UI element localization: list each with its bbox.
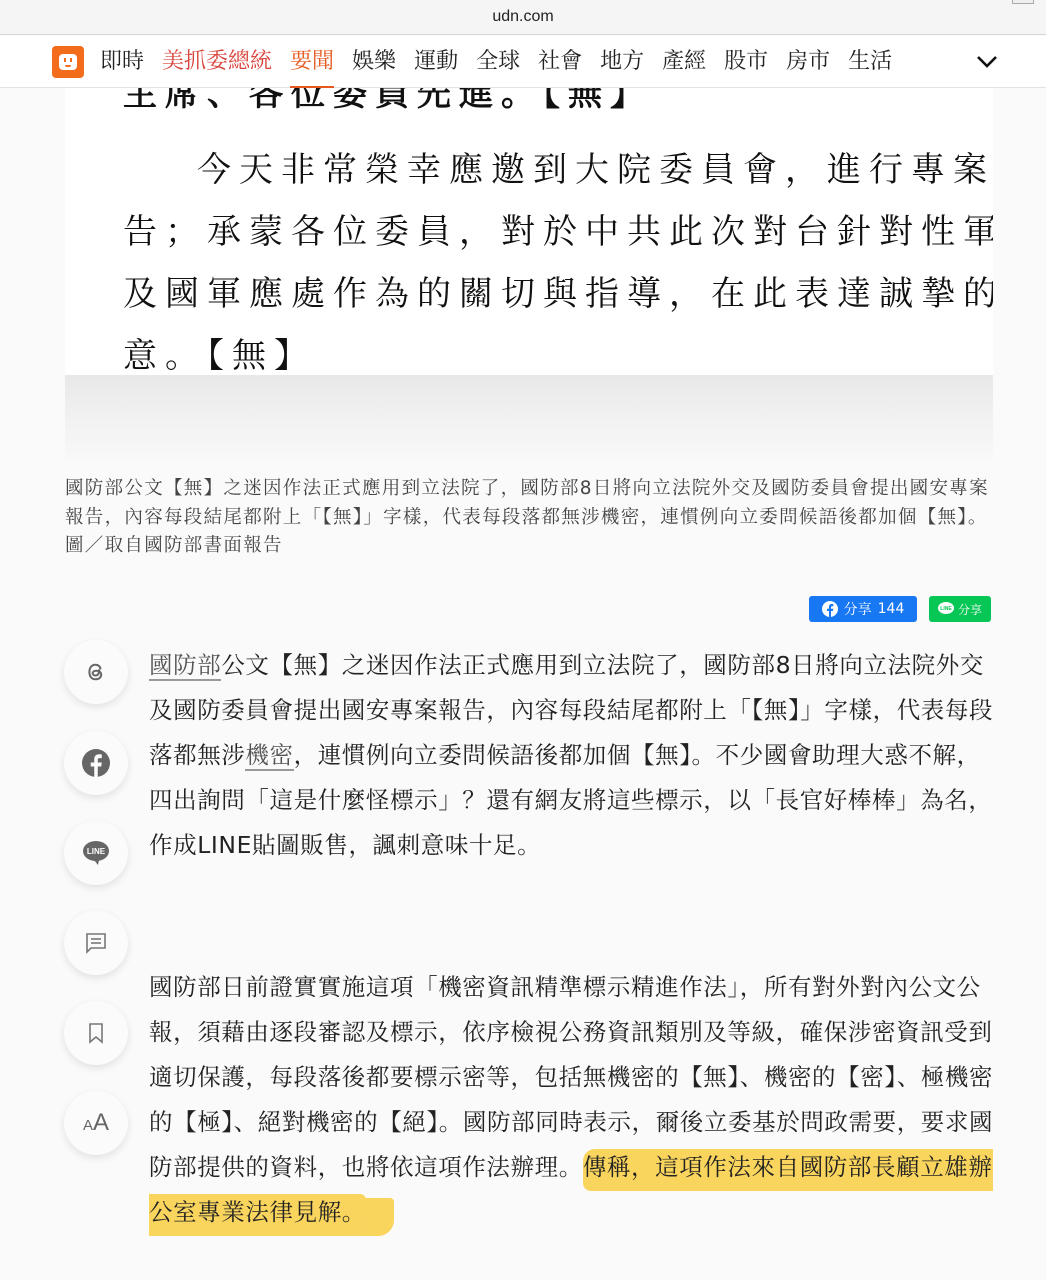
nav-items: 即時 美抓委總統 要聞 娛樂 運動 全球 社會 地方 產經 股市 房市 生活 [100, 36, 910, 88]
udn-logo-icon[interactable] [52, 46, 84, 78]
facebook-share-count: 144 [878, 601, 905, 617]
url-text: udn.com [492, 8, 553, 26]
nav-item-life[interactable]: 生活 [848, 36, 892, 88]
chevron-down-icon[interactable] [973, 48, 1001, 76]
line-side-button[interactable]: LINE [64, 821, 128, 885]
comment-button[interactable] [64, 911, 128, 975]
line-share-label: 分享 [958, 601, 982, 618]
image-text-line: 意。【無】 [123, 328, 316, 375]
threads-button[interactable] [64, 640, 128, 704]
nav-item-global[interactable]: 全球 [476, 36, 520, 88]
comment-icon [84, 931, 108, 955]
browser-url-bar[interactable]: udn.com [0, 0, 1046, 35]
facebook-side-button[interactable] [64, 731, 128, 795]
nav-item-local[interactable]: 地方 [600, 36, 644, 88]
facebook-share-button[interactable]: 分享 144 [809, 596, 917, 622]
nav-item-sports[interactable]: 運動 [414, 36, 458, 88]
font-size-button[interactable]: AA [64, 1091, 128, 1155]
share-buttons: 分享 144 LINE 分享 [809, 596, 991, 622]
line-share-button[interactable]: LINE 分享 [929, 596, 991, 622]
tabs-icon[interactable] [1012, 0, 1034, 4]
svg-text:LINE: LINE [87, 847, 106, 856]
nav-item-realestate[interactable]: 房市 [786, 36, 830, 88]
nav-item-society[interactable]: 社會 [538, 36, 582, 88]
threads-icon [84, 660, 108, 684]
bookmark-button[interactable] [64, 1001, 128, 1065]
image-caption: 國防部公文【無】之迷因作法正式應用到立法院了，國防部8日將向立法院外交及國防委員… [65, 475, 995, 561]
svg-text:LINE: LINE [940, 606, 952, 612]
facebook-icon [82, 749, 110, 777]
line-icon: LINE [82, 840, 110, 866]
nav-item-special[interactable]: 美抓委總統 [162, 36, 272, 88]
article-paragraph-1: 國防部公文【無】之迷因作法正式應用到立法院了，國防部8日將向立法院外交及國防委員… [149, 643, 994, 868]
image-text-line: 今天非常榮幸應邀到大院委員會，進行專案報 [197, 142, 993, 191]
nav-item-stocks[interactable]: 股市 [724, 36, 768, 88]
image-text-line: 及國軍應處作為的關切與指導，在此表達誠摯的謝 [123, 266, 993, 315]
article-image[interactable]: 主席、各位委員先進。【無】 今天非常榮幸應邀到大院委員會，進行專案報 告；承蒙各… [65, 88, 993, 375]
top-nav: 即時 美抓委總統 要聞 娛樂 運動 全球 社會 地方 產經 股市 房市 生活 [0, 36, 1046, 88]
tag-link-mnd[interactable]: 國防部 [149, 651, 221, 681]
line-icon: LINE [938, 602, 954, 616]
nav-item-headlines[interactable]: 要聞 [290, 36, 334, 88]
facebook-share-label: 分享 [844, 599, 872, 619]
tag-link-secret[interactable]: 機密 [245, 741, 293, 771]
facebook-icon [822, 601, 838, 617]
image-bottom-fade [65, 375, 993, 459]
image-text-line: 主席、各位委員先進。【無】 [123, 88, 652, 115]
image-text-line: 告；承蒙各位委員，對於中共此次對台針對性軍演 [123, 204, 993, 253]
font-size-icon: AA [83, 1109, 109, 1137]
article-paragraph-2: 國防部日前證實實施這項「機密資訊精準標示精進作法」，所有對外對內公文公報，須藉由… [149, 965, 994, 1235]
nav-item-instant[interactable]: 即時 [100, 36, 144, 88]
nav-item-entertainment[interactable]: 娛樂 [352, 36, 396, 88]
nav-item-economy[interactable]: 產經 [662, 36, 706, 88]
bookmark-icon [86, 1022, 106, 1044]
